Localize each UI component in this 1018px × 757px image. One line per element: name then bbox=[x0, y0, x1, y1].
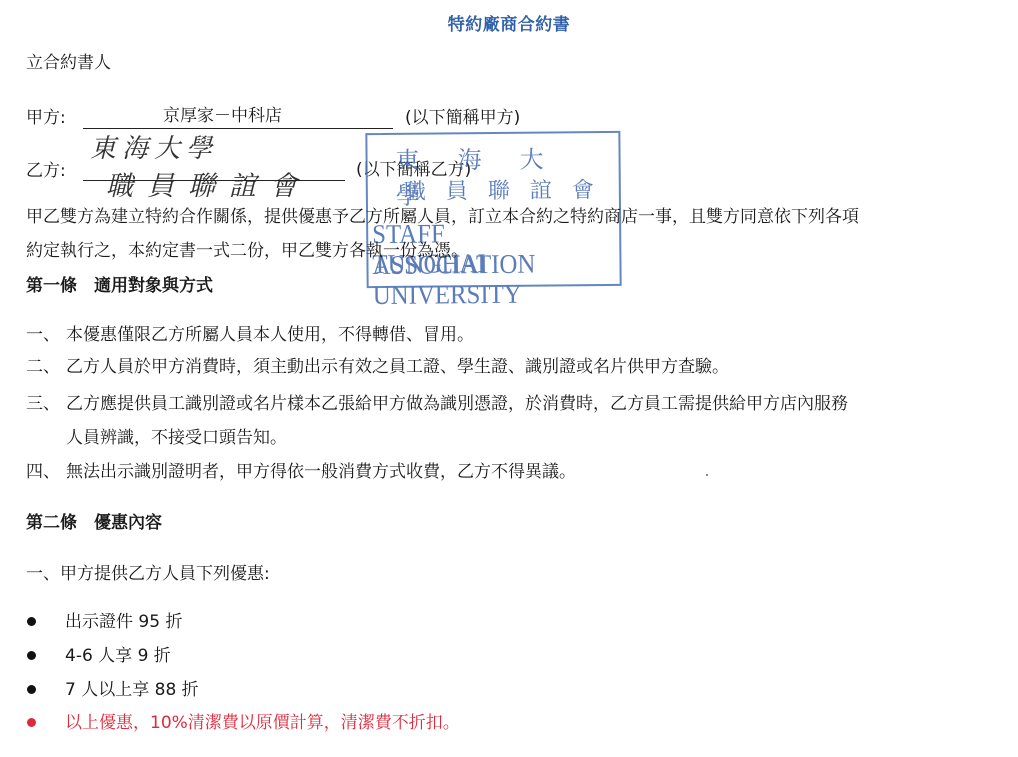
article1-item-num: 一、 bbox=[26, 324, 60, 346]
bullet-dot-icon bbox=[27, 718, 36, 727]
party-b-signature-line1: 東海大學 bbox=[90, 128, 218, 165]
preamble-line1: 甲乙雙方為建立特約合作關係，提供優惠予乙方所屬人員，訂立本合約之特約商店一事，且… bbox=[26, 206, 859, 228]
article1-heading: 第一條 適用對象與方式 bbox=[26, 275, 213, 297]
article2-heading: 第二條 優惠內容 bbox=[26, 512, 162, 534]
article1-item-text: 乙方應提供員工識別證或名片樣本乙張給甲方做為識別憑證，於消費時，乙方員工需提供給… bbox=[66, 393, 848, 415]
article1-item-text: 無法出示識別證明者，甲方得依一般消費方式收費，乙方不得異議。 bbox=[66, 461, 576, 483]
party-a-suffix: (以下簡稱甲方) bbox=[405, 107, 520, 129]
stamp-line2: 職員聯誼會 bbox=[404, 173, 614, 206]
preamble-line2: 約定執行之，本約定書一式二份，甲乙雙方各執一份為憑。 bbox=[26, 240, 468, 262]
article1-item-text: 本優惠僅限乙方所屬人員本人使用，不得轉借、冒用。 bbox=[66, 324, 474, 346]
discount-item: 4-6 人享 9 折 bbox=[65, 645, 171, 667]
discount-item: 出示證件 95 折 bbox=[65, 611, 182, 633]
bullet-dot-icon bbox=[27, 617, 36, 626]
party-a-value: 京厚家－中科店 bbox=[163, 105, 282, 127]
party-b-underline bbox=[83, 180, 345, 181]
discount-note-warning: 以上優惠，10%清潔費以原價計算，清潔費不折扣。 bbox=[65, 712, 460, 734]
bullet-dot-icon bbox=[27, 651, 36, 660]
article1-item-num: 二、 bbox=[26, 356, 60, 378]
article1-item-text: 乙方人員於甲方消費時，須主動出示有效之員工證、學生證、識別證或名片供甲方查驗。 bbox=[66, 356, 729, 378]
discount-item: 7 人以上享 88 折 bbox=[65, 679, 199, 701]
article1-item-continuation: 人員辨識，不接受口頭告知。 bbox=[66, 427, 287, 449]
party-b-signature-line2: 職員聯誼會 bbox=[106, 164, 311, 203]
signatories-label: 立合約書人 bbox=[26, 52, 111, 74]
article1-item-num: 四、 bbox=[26, 461, 60, 483]
article1-item-num: 三、 bbox=[26, 393, 60, 415]
party-b-label: 乙方: bbox=[26, 160, 66, 182]
party-a-label: 甲方: bbox=[26, 107, 66, 129]
article2-intro: 一、甲方提供乙方人員下列優惠: bbox=[26, 563, 270, 585]
scan-speck bbox=[706, 474, 708, 476]
bullet-dot-icon bbox=[27, 685, 36, 694]
document-title: 特約廠商合約書 bbox=[0, 10, 1018, 35]
